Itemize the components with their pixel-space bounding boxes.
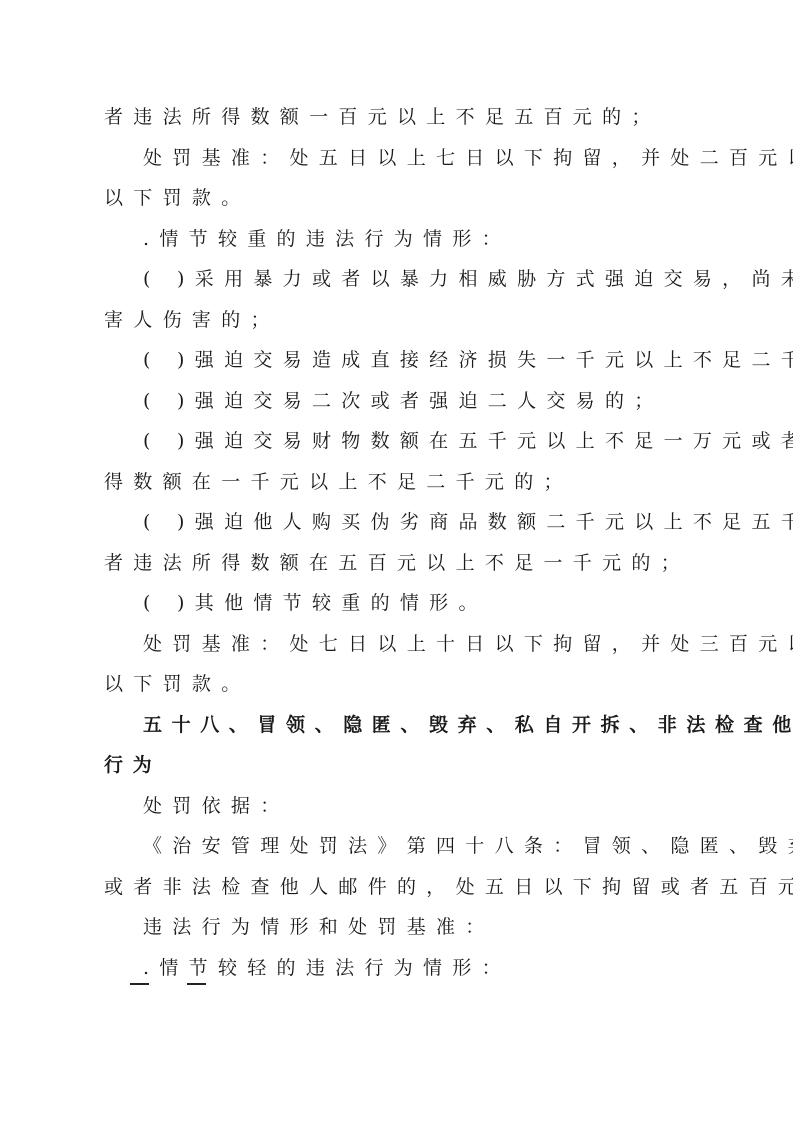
- text-line: 得数额在一千元以上不足二千元的；: [104, 462, 694, 503]
- list-item: ( )强迫交易财物数额在五千元以上不足一万元或者违法所: [104, 421, 694, 462]
- penalty-basis-label: 处罚依据：: [104, 786, 694, 827]
- dash-right: [187, 983, 206, 985]
- document-page: 者违法所得数额一百元以上不足五百元的； 处罚基准：处五日以上七日以下拘留，并处二…: [104, 97, 694, 988]
- text-line: 处罚基准：处五日以上七日以下拘留，并处二百元以上三百元: [104, 138, 694, 179]
- law-citation: 《治安管理处罚法》第四十八条：冒领、隐匿、毁弃、私自开拆: [104, 826, 694, 867]
- penalty-standard: 处罚基准：处七日以上十日以下拘留，并处三百元以上五百元: [104, 624, 694, 665]
- dash-left: [130, 983, 149, 985]
- text-line: 者违法所得数额在五百元以上不足一千元的；: [104, 543, 694, 584]
- text-line: 以下罚款。: [104, 664, 694, 705]
- list-item: ( )强迫他人购买伪劣商品数额二千元以上不足五千元，或: [104, 502, 694, 543]
- page-footer: [130, 983, 206, 985]
- list-item: ( )其他情节较重的情形。: [104, 583, 694, 624]
- list-item: ( )强迫交易造成直接经济损失一千元以上不足二千元的；: [104, 340, 694, 381]
- text-line: 以下罚款。: [104, 178, 694, 219]
- section-heading-continued: 行为: [104, 745, 694, 786]
- subsection-heading: .情节较重的违法行为情形：: [104, 219, 694, 260]
- list-item: ( )强迫交易二次或者强迫二人交易的；: [104, 381, 694, 422]
- text-line: 者违法所得数额一百元以上不足五百元的；: [104, 97, 694, 138]
- subsection-label: 违法行为情形和处罚基准：: [104, 907, 694, 948]
- text-line: 或者非法检查他人邮件的，处五日以下拘留或者五百元以下罚款。: [104, 867, 694, 908]
- list-item: ( )采用暴力或者以暴力相威胁方式强迫交易，尚未造成被: [104, 259, 694, 300]
- subsection-heading: .情节较轻的违法行为情形：: [104, 948, 694, 989]
- text-line: 害人伤害的；: [104, 300, 694, 341]
- section-heading: 五十八、冒领、隐匿、毁弃、私自开拆、非法检查他人邮件的: [104, 705, 694, 746]
